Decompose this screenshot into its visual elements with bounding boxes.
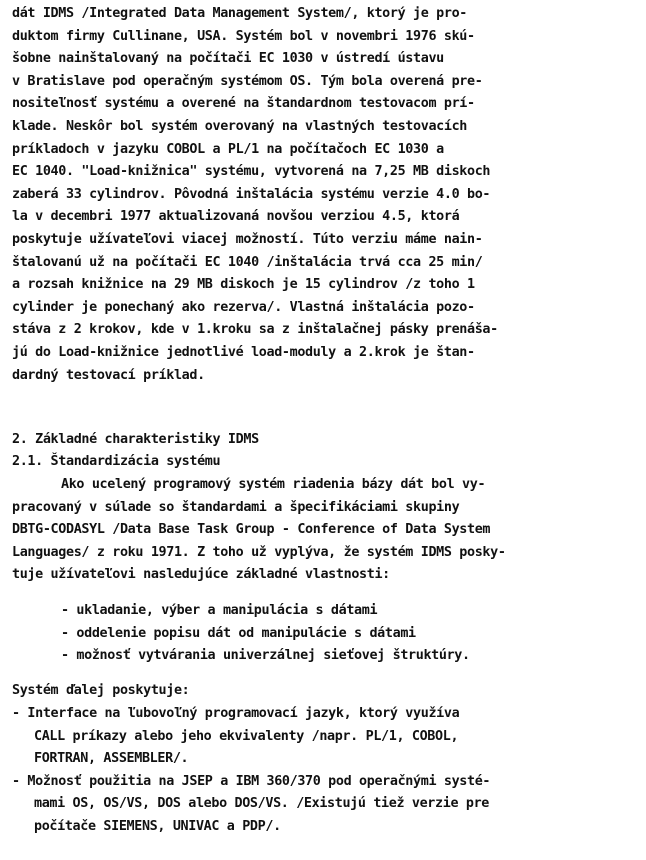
- text-line: klade. Neskôr bol systém overovaný na vl…: [12, 117, 467, 137]
- list-item-continuation: FORTRAN, ASSEMBLER/.: [34, 749, 188, 769]
- text-line: a rozsah knižnice na 29 MB diskoch je 15…: [12, 275, 475, 295]
- list-item-continuation: počítače SIEMENS, UNIVAC a PDP/.: [34, 817, 281, 837]
- list-item-continuation: mami OS, OS/VS, DOS alebo DOS/VS. /Exist…: [34, 794, 489, 814]
- list-item: - ukladanie, výber a manipulácia s dátam…: [61, 601, 377, 621]
- text-line: šobne nainštalovaný na počítači EC 1030 …: [12, 49, 444, 69]
- list-item-continuation: CALL príkazy alebo jeho ekvivalenty /nap…: [34, 727, 458, 747]
- text-line: DBTG-CODASYL /Data Base Task Group - Con…: [12, 520, 490, 540]
- subsection-heading: 2.1. Štandardizácia systému: [12, 452, 220, 472]
- text-line: príkladoch v jazyku COBOL a PL/1 na počí…: [12, 140, 444, 160]
- text-line: dát IDMS /Integrated Data Management Sys…: [12, 4, 467, 24]
- text-line: cylinder je ponechaný ako rezerva/. Vlas…: [12, 298, 475, 318]
- list-item: - Možnosť použitia na JSEP a IBM 360/370…: [12, 772, 490, 792]
- text-line: nositeľnosť systému a overené na štandar…: [12, 94, 475, 114]
- list-item: - Interface na ľubovoľný programovací ja…: [12, 704, 459, 724]
- text-line: tuje užívateľovi nasledujúce základné vl…: [12, 565, 390, 585]
- provides-intro: Systém ďalej poskytuje:: [12, 681, 189, 701]
- typewritten-page: dát IDMS /Integrated Data Management Sys…: [0, 0, 646, 860]
- text-line: štalovanú už na počítači EC 1040 /inštal…: [12, 253, 482, 273]
- list-item: - možnosť vytvárania univerzálnej sieťov…: [61, 646, 470, 666]
- text-line: v Bratislave pod operačným systémom OS. …: [12, 72, 482, 92]
- list-item: - oddelenie popisu dát od manipulácie s …: [61, 624, 416, 644]
- text-line: Ako ucelený programový systém riadenia b…: [61, 475, 485, 495]
- text-line: jú do Load-knižnice jednotlivé load-modu…: [12, 343, 475, 363]
- text-line: duktom firmy Cullinane, USA. Systém bol …: [12, 27, 475, 47]
- text-line: Languages/ z roku 1971. Z toho už vyplýv…: [12, 543, 506, 563]
- text-line: zaberá 33 cylindrov. Pôvodná inštalácia …: [12, 185, 490, 205]
- text-line: poskytuje užívateľovi viacej možností. T…: [12, 230, 482, 250]
- text-line: dardný testovací príklad.: [12, 366, 205, 386]
- text-line: EC 1040. "Load-knižnica" systému, vytvor…: [12, 162, 490, 182]
- text-line: stáva z 2 krokov, kde v 1.kroku sa z inš…: [12, 320, 498, 340]
- text-line: pracovaný v súlade so štandardami a špec…: [12, 498, 459, 518]
- text-line: la v decembri 1977 aktualizovaná novšou …: [12, 207, 459, 227]
- section-heading: 2. Základné charakteristiky IDMS: [12, 430, 259, 450]
